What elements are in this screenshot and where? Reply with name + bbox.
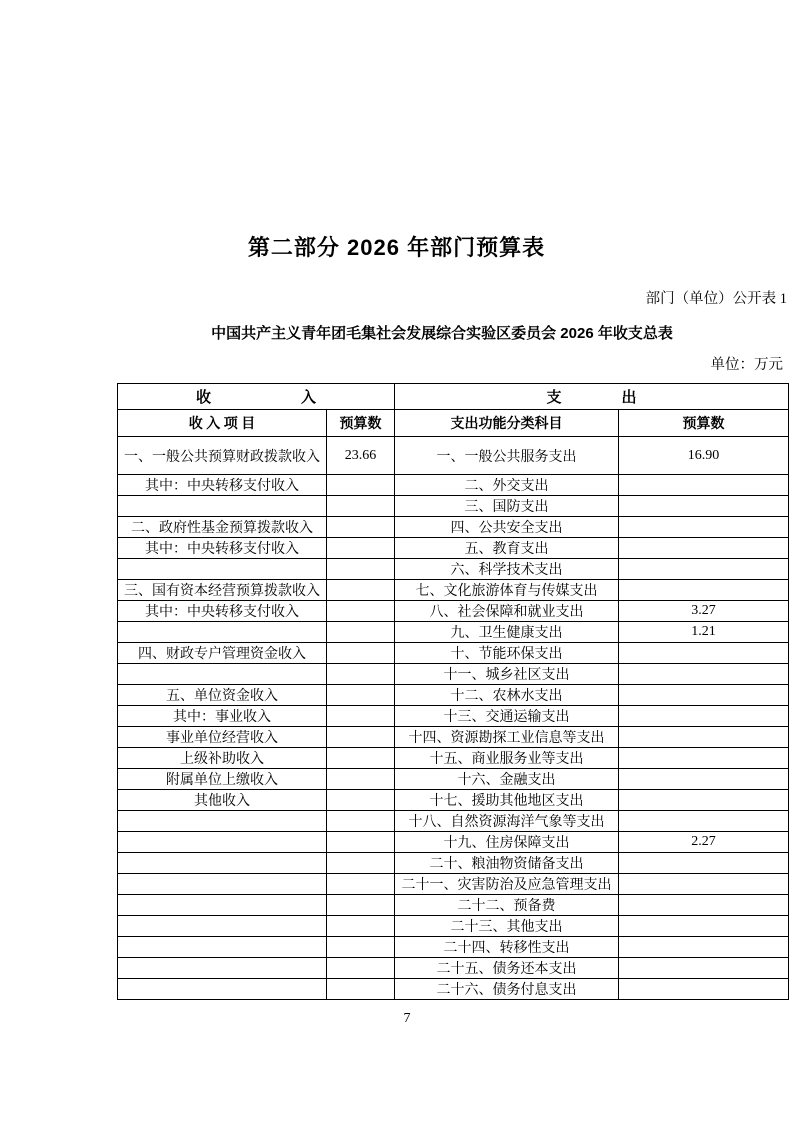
table-row: 五、单位资金收入十二、农林水支出 (118, 685, 789, 706)
table-row: 九、卫生健康支出1.21 (118, 622, 789, 643)
income-item-cell: 三、国有资本经营预算拨款收入 (118, 580, 327, 601)
income-budget-cell (327, 874, 395, 895)
table-row: 二十五、债务还本支出 (118, 958, 789, 979)
expense-budget-cell (619, 790, 789, 811)
income-budget-cell (327, 538, 395, 559)
income-budget-cell: 23.66 (327, 437, 395, 475)
expense-budget-cell (619, 895, 789, 916)
expense-budget-cell (619, 643, 789, 664)
table-row: 二十一、灾害防治及应急管理支出 (118, 874, 789, 895)
expense-item-cell: 六、科学技术支出 (395, 559, 619, 580)
income-budget-cell (327, 895, 395, 916)
expense-budget-cell (619, 664, 789, 685)
income-item-cell (118, 664, 327, 685)
table-row: 三、国有资本经营预算拨款收入七、文化旅游体育与传媒支出 (118, 580, 789, 601)
expense-item-cell: 十五、商业服务业等支出 (395, 748, 619, 769)
expense-budget-cell (619, 517, 789, 538)
expense-budget-cell (619, 958, 789, 979)
expense-budget-cell (619, 727, 789, 748)
expense-item-cell: 十六、金融支出 (395, 769, 619, 790)
table-row: 六、科学技术支出 (118, 559, 789, 580)
income-budget-cell (327, 790, 395, 811)
income-item-cell: 其他收入 (118, 790, 327, 811)
table-row: 其中：中央转移支付收入八、社会保障和就业支出3.27 (118, 601, 789, 622)
table-row: 二十二、预备费 (118, 895, 789, 916)
income-budget-cell (327, 643, 395, 664)
income-budget-cell (327, 748, 395, 769)
table-column-header-row: 收 入 项 目 预算数 支出功能分类科目 预算数 (118, 410, 789, 437)
expense-budget-cell (619, 748, 789, 769)
expense-item-cell: 十七、援助其他地区支出 (395, 790, 619, 811)
income-budget-cell (327, 958, 395, 979)
income-item-cell (118, 832, 327, 853)
income-budget-cell (327, 622, 395, 643)
income-item-cell (118, 853, 327, 874)
expense-item-cell: 十四、资源勘探工业信息等支出 (395, 727, 619, 748)
table-row: 二十六、债务付息支出 (118, 979, 789, 1000)
table-row: 附属单位上缴收入十六、金融支出 (118, 769, 789, 790)
expense-item-header: 支出功能分类科目 (395, 410, 619, 437)
income-item-cell: 上级补助收入 (118, 748, 327, 769)
table-row: 事业单位经营收入十四、资源勘探工业信息等支出 (118, 727, 789, 748)
expense-budget-cell: 2.27 (619, 832, 789, 853)
expense-budget-cell (619, 538, 789, 559)
unit-note: 单位：万元 (0, 356, 783, 374)
table-row: 二十、粮油物资储备支出 (118, 853, 789, 874)
income-item-cell: 事业单位经营收入 (118, 727, 327, 748)
expense-item-cell: 二十、粮油物资储备支出 (395, 853, 619, 874)
income-item-cell: 一、一般公共预算财政拨款收入 (118, 437, 327, 475)
income-budget-cell (327, 475, 395, 496)
expense-budget-cell (619, 811, 789, 832)
table-row: 四、财政专户管理资金收入十、节能环保支出 (118, 643, 789, 664)
income-item-cell: 五、单位资金收入 (118, 685, 327, 706)
expense-item-cell: 四、公共安全支出 (395, 517, 619, 538)
income-budget-cell (327, 727, 395, 748)
income-item-cell: 二、政府性基金预算拨款收入 (118, 517, 327, 538)
expense-budget-cell (619, 979, 789, 1000)
income-budget-cell (327, 853, 395, 874)
income-item-cell (118, 937, 327, 958)
expense-item-cell: 一、一般公共服务支出 (395, 437, 619, 475)
income-group-header: 收 入 (118, 384, 395, 410)
income-budget-cell (327, 979, 395, 1000)
income-budget-cell (327, 580, 395, 601)
expense-item-cell: 七、文化旅游体育与传媒支出 (395, 580, 619, 601)
expense-budget-cell (619, 853, 789, 874)
expense-group-header: 支 出 (395, 384, 789, 410)
expense-item-cell: 二十四、转移性支出 (395, 937, 619, 958)
table-label: 部门（单位）公开表 1 (0, 290, 787, 308)
table-group-header-row: 收 入 支 出 (118, 384, 789, 410)
table-row: 一、一般公共预算财政拨款收入23.66一、一般公共服务支出16.90 (118, 437, 789, 475)
income-budget-header: 预算数 (327, 410, 395, 437)
expense-item-cell: 二十三、其他支出 (395, 916, 619, 937)
expense-budget-cell: 16.90 (619, 437, 789, 475)
income-item-cell (118, 622, 327, 643)
expense-budget-cell (619, 916, 789, 937)
expense-item-cell: 二十一、灾害防治及应急管理支出 (395, 874, 619, 895)
income-budget-cell (327, 685, 395, 706)
income-budget-cell (327, 601, 395, 622)
page-number: 7 (117, 1011, 697, 1027)
table-row: 三、国防支出 (118, 496, 789, 517)
page-title: 第二部分 2026 年部门预算表 (0, 0, 793, 264)
income-budget-cell (327, 832, 395, 853)
expense-budget-cell (619, 475, 789, 496)
table-row: 十九、住房保障支出2.27 (118, 832, 789, 853)
income-item-header: 收 入 项 目 (118, 410, 327, 437)
income-budget-cell (327, 664, 395, 685)
expense-item-cell: 八、社会保障和就业支出 (395, 601, 619, 622)
table-row: 二、政府性基金预算拨款收入四、公共安全支出 (118, 517, 789, 538)
table-row: 上级补助收入十五、商业服务业等支出 (118, 748, 789, 769)
income-item-cell: 其中：中央转移支付收入 (118, 538, 327, 559)
income-item-cell (118, 496, 327, 517)
income-item-cell (118, 916, 327, 937)
table-row: 十一、城乡社区支出 (118, 664, 789, 685)
expense-budget-cell (619, 559, 789, 580)
expense-item-cell: 五、教育支出 (395, 538, 619, 559)
table-row: 其中：中央转移支付收入五、教育支出 (118, 538, 789, 559)
table-row: 二十三、其他支出 (118, 916, 789, 937)
table-title: 中国共产主义青年团毛集社会发展综合实验区委员会 2026 年收支总表 (96, 324, 788, 344)
expense-budget-cell: 3.27 (619, 601, 789, 622)
expense-item-cell: 十二、农林水支出 (395, 685, 619, 706)
expense-item-cell: 二十六、债务付息支出 (395, 979, 619, 1000)
income-budget-cell (327, 517, 395, 538)
expense-budget-cell (619, 496, 789, 517)
income-budget-cell (327, 559, 395, 580)
table-row: 其他收入十七、援助其他地区支出 (118, 790, 789, 811)
income-budget-cell (327, 769, 395, 790)
expense-budget-cell (619, 937, 789, 958)
income-item-cell (118, 811, 327, 832)
income-budget-cell (327, 916, 395, 937)
income-item-cell (118, 895, 327, 916)
expense-item-cell: 十三、交通运输支出 (395, 706, 619, 727)
expense-item-cell: 十、节能环保支出 (395, 643, 619, 664)
income-item-cell (118, 559, 327, 580)
expense-budget-cell (619, 580, 789, 601)
income-budget-cell (327, 706, 395, 727)
income-item-cell: 其中：中央转移支付收入 (118, 601, 327, 622)
expense-item-cell: 十一、城乡社区支出 (395, 664, 619, 685)
expense-budget-cell (619, 874, 789, 895)
income-item-cell: 其中：中央转移支付收入 (118, 475, 327, 496)
expense-budget-cell (619, 685, 789, 706)
income-item-cell: 四、财政专户管理资金收入 (118, 643, 327, 664)
expense-budget-cell (619, 769, 789, 790)
document-page: 第二部分 2026 年部门预算表 部门（单位）公开表 1 中国共产主义青年团毛集… (0, 0, 793, 1122)
income-item-cell: 附属单位上缴收入 (118, 769, 327, 790)
expense-item-cell: 九、卫生健康支出 (395, 622, 619, 643)
expense-item-cell: 二十二、预备费 (395, 895, 619, 916)
income-budget-cell (327, 937, 395, 958)
expense-budget-cell: 1.21 (619, 622, 789, 643)
expense-item-cell: 十九、住房保障支出 (395, 832, 619, 853)
expense-item-cell: 二十五、债务还本支出 (395, 958, 619, 979)
table-row: 十八、自然资源海洋气象等支出 (118, 811, 789, 832)
income-item-cell: 其中：事业收入 (118, 706, 327, 727)
income-item-cell (118, 958, 327, 979)
expense-item-cell: 三、国防支出 (395, 496, 619, 517)
expense-budget-cell (619, 706, 789, 727)
table-row: 其中：事业收入十三、交通运输支出 (118, 706, 789, 727)
table-row: 其中：中央转移支付收入二、外交支出 (118, 475, 789, 496)
expense-item-cell: 十八、自然资源海洋气象等支出 (395, 811, 619, 832)
budget-table: 收 入 支 出 收 入 项 目 预算数 支出功能分类科目 预算数 一、一般公共预… (117, 383, 789, 1000)
income-budget-cell (327, 496, 395, 517)
expense-budget-header: 预算数 (619, 410, 789, 437)
income-item-cell (118, 979, 327, 1000)
income-budget-cell (327, 811, 395, 832)
expense-item-cell: 二、外交支出 (395, 475, 619, 496)
income-item-cell (118, 874, 327, 895)
table-row: 二十四、转移性支出 (118, 937, 789, 958)
